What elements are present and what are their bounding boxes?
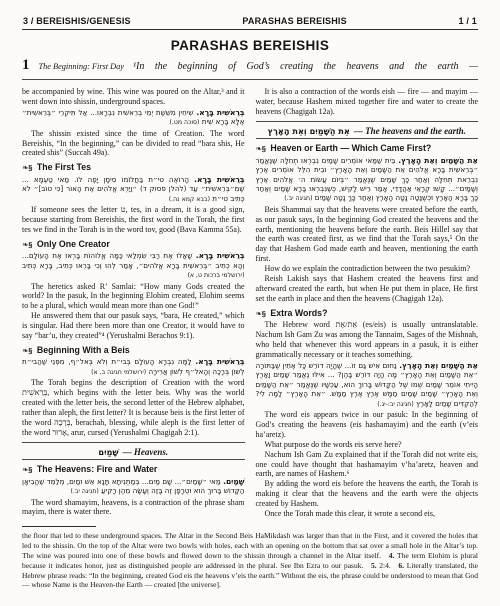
footnote-item-number: 5.	[371, 561, 377, 570]
running-head: 3 / BEREISHIS/GENESIS PARASHAS BEREISHIS…	[22, 12, 478, 28]
verse-caption: The Beginning: First Day	[39, 62, 125, 71]
commentary-paragraph: The heretics asked R’ Samlai: “How many …	[22, 282, 245, 312]
leaf-section-icon: ❧§	[22, 240, 32, 249]
commentary-paragraph: If someone sees the letter ט, tes, in a …	[22, 205, 245, 235]
hebrew-citation: (חגיגה יב:-יג.)	[377, 401, 414, 408]
section-heading: ❧§ The First Tes	[22, 162, 245, 173]
hebrew-source-text: בְּרֵאשִׁית בָּרָא. לָמָּה נִבְרָא הָעוֹ…	[22, 357, 245, 377]
commentary-paragraph: Reish Lakish says that Hashem created th…	[256, 274, 479, 304]
footnote-item-text: 2:4.	[379, 561, 390, 570]
hebrew-lead-words: אֵת הַשָּׁמַיִם וְאֵת הָאָרֶץ.	[398, 156, 478, 165]
commentary-paragraph: Nachum Ish Gam Zu explained that if the …	[256, 450, 479, 480]
section-title: Only One Creator	[37, 239, 110, 249]
left-column: be accompanied by wine. This wine was po…	[22, 87, 245, 519]
verse-text: ¹In the beginning of God’s creating the …	[133, 61, 478, 72]
commentary-paragraph: Once the Torah made this clear, it wrote…	[256, 509, 479, 519]
hebrew-lead-words: בְּרֵאשִׁית בָּרָא.	[196, 251, 245, 260]
phrase-hebrew: אֵת הַשָּׁמַיִם וְאֵת הָאָרֶץ	[268, 126, 350, 136]
commentary-paragraph: The word eis appears twice in our pasuk:…	[256, 410, 479, 440]
leaf-section-icon: ❧§	[22, 465, 32, 474]
commentary-paragraph: What purpose do the words eis serve here…	[256, 440, 479, 450]
commentary-paragraph: Beis Shammai say that the heavens were c…	[256, 205, 479, 264]
hebrew-source-text: אֵת הַשָּׁמַיִם וְאֵת הָאָרֶץ. בֵּית שַׁ…	[256, 156, 479, 204]
hebrew-citation: (ירושלמי ברכות ט, א)	[188, 272, 245, 279]
section-title: Extra Words?	[270, 308, 327, 318]
hebrew-source-text: בְּרֵאשִׁית בָּרָא. שִׁיחִין מִשֵּׁשֶׁת …	[22, 108, 245, 128]
header-rule	[22, 29, 478, 30]
leaf-section-icon: ❧§	[22, 163, 32, 172]
hebrew-body-text: מַאי ״שָׁמַיִם״... שָׁם מַיִם... בְּמַתְ…	[22, 477, 245, 495]
chapter-number: 1	[22, 58, 30, 73]
commentary-paragraph: It is also a contraction of the words ei…	[256, 87, 479, 117]
leaf-section-icon: ❧§	[256, 309, 266, 318]
footnote-item-number: 6.	[398, 561, 404, 570]
section-heading: ❧§ Beginning With a Beis	[22, 345, 245, 356]
footnote-item-number: 4.	[389, 551, 395, 560]
section-title: The First Tes	[37, 162, 91, 172]
commentary-paragraph: be accompanied by wine. This wine was po…	[22, 87, 245, 107]
commentary-paragraph: The Torah begins the description of Crea…	[22, 378, 245, 437]
commentary-columns: be accompanied by wine. This wine was po…	[22, 87, 478, 519]
hebrew-source-text: בְּרֵאשִׁית בָּרָא. הָרוֹאֶה טי״ת בַּחֲל…	[22, 175, 245, 204]
hebrew-citation: (חגיגה יב.)	[284, 195, 312, 202]
section-heading: ❧§ Only One Creator	[22, 239, 245, 250]
parashah-title: PARASHAS BEREISHIS	[22, 38, 478, 53]
commentary-paragraph: By adding the word eis before the heaven…	[256, 479, 479, 509]
hebrew-source-text: בְּרֵאשִׁית בָּרָא. שָׁאֲלוּ אֶת רַבִּי …	[22, 251, 245, 280]
commentary-paragraph: The shissin existed since the time of Cr…	[22, 129, 245, 159]
footnote-separator	[22, 526, 96, 527]
hebrew-lead-words: בְּרֵאשִׁית בָּרָא.	[196, 108, 244, 117]
verse-row: 1 The Beginning: First Day ¹In the begin…	[22, 58, 478, 73]
verse-rule	[22, 79, 478, 80]
leaf-section-icon: ❧§	[256, 144, 266, 153]
phrase-hebrew: שָׁמַיִם	[98, 447, 118, 457]
phrase-header: שָׁמַיִם — Heavens.	[22, 442, 245, 461]
section-heading: ❧§ Extra Words?	[256, 308, 479, 319]
running-head-right: 1 / 1	[458, 16, 477, 26]
phrase-translation: — The heavens and the earth.	[354, 126, 466, 136]
hebrew-lead-words: אֵת הַשָּׁמַיִם וְאֵת הָאָרֶץ.	[399, 361, 478, 370]
hebrew-lead-words: בְּרֵאשִׁית בָּרָא.	[195, 357, 244, 366]
commentary-paragraph: How do we explain the contradiction betw…	[256, 264, 479, 274]
section-heading: ❧§ Heaven or Earth — Which Came First?	[256, 143, 479, 154]
phrase-translation: — Heavens.	[123, 447, 169, 457]
hebrew-citation: (סוכה מט.)	[169, 119, 199, 126]
hebrew-citation: (בבא קמא נה.)	[169, 196, 210, 203]
running-head-center: PARASHAS BEREISHIS	[242, 16, 346, 26]
section-title: Heaven or Earth — Which Came First?	[270, 143, 431, 153]
hebrew-citation: (ירושלמי חגיגה ב, א)	[91, 369, 146, 376]
commentary-paragraph: The word shamayim, heavens, is a contrac…	[22, 498, 245, 518]
hebrew-lead-words: בְּרֵאשִׁית בָּרָא.	[194, 175, 244, 184]
right-column: It is also a contraction of the words ei…	[256, 87, 479, 519]
chumash-page: 3 / BEREISHIS/GENESIS PARASHAS BEREISHIS…	[0, 0, 500, 606]
commentary-paragraph: He answered them that our pasuk says, “b…	[22, 311, 245, 341]
section-heading: ❧§ The Heavens: Fire and Water	[22, 464, 245, 475]
footnotes: the floor that led to these underground …	[22, 531, 478, 590]
commentary-paragraph: The Hebrew word אֵת/אֶת (es/eis) is usua…	[256, 320, 479, 360]
leaf-section-icon: ❧§	[22, 346, 32, 355]
hebrew-lead-words: שָׁמַיִם.	[223, 477, 244, 486]
hebrew-source-text: אֵת הַשָּׁמַיִם וְאֵת הָאָרֶץ. נַחוּם אִ…	[256, 361, 479, 409]
hebrew-source-text: שָׁמַיִם. מַאי ״שָׁמַיִם״... שָׁם מַיִם.…	[22, 477, 245, 497]
hebrew-citation: (חגיגה יב.)	[71, 488, 99, 495]
running-head-left: 3 / BEREISHIS/GENESIS	[23, 16, 131, 26]
section-title: Beginning With a Beis	[37, 345, 130, 355]
phrase-header: אֵת הַשָּׁמַיִם וְאֵת הָאָרֶץ — The heav…	[256, 121, 479, 140]
section-title: The Heavens: Fire and Water	[37, 464, 157, 474]
